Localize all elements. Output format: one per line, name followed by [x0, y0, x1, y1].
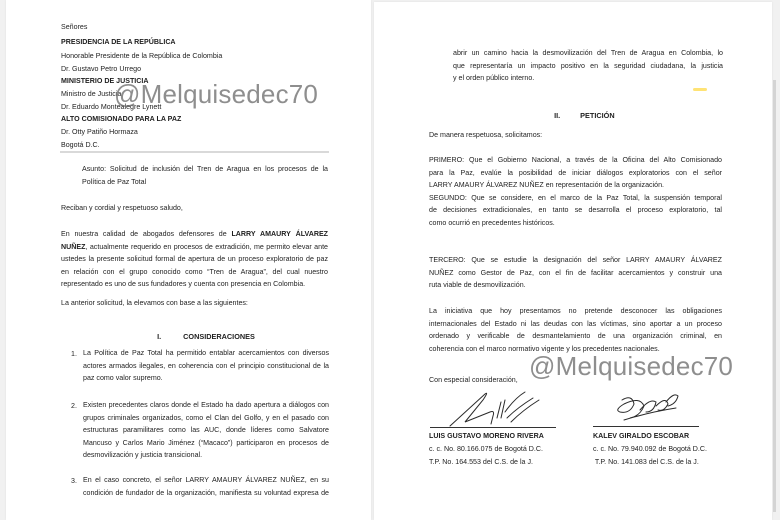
section-number: I.	[157, 332, 161, 341]
paragraph-line: y el orden público interno.	[453, 72, 723, 85]
request-line: TERCERO: Que se estudie la designación d…	[429, 254, 722, 267]
signature-icon	[610, 390, 690, 426]
intro-paragraph: En nuestra calidad de abogados defensore…	[61, 228, 328, 291]
client-name: NUÑEZ	[61, 243, 85, 251]
section-heading-petition: II.PETICIÓN	[550, 102, 615, 120]
request-first: PRIMERO: Que el Gobierno Nacional, a tra…	[429, 154, 722, 230]
intro-line: representado es uno de sus fundadores y …	[61, 278, 328, 291]
list-item-line: paz como valor supremo.	[83, 372, 329, 385]
signature-line	[593, 426, 699, 427]
subject-line: Asunto: Solicitud de inclusión del Tren …	[82, 163, 328, 176]
paragraph-line: abrir un camino hacia la desmovilización…	[453, 47, 723, 60]
request-line: NUÑEZ como Gestor de Paz, con el fin de …	[429, 267, 722, 280]
intro-text: En nuestra calidad de abogados defensore…	[61, 230, 231, 238]
divider	[60, 151, 329, 153]
signatory-professional-card: T.P. No. 141.083 del C.S. de la J.	[593, 456, 699, 469]
intro-line: ustedes la presente solicitud formal de …	[61, 253, 328, 266]
greeting: Señores	[61, 21, 87, 34]
signatory-name: KALEV GIRALDO ESCOBAR	[593, 430, 689, 443]
request-intro: De manera respetuosa, solicitamos:	[429, 129, 542, 142]
list-item-line: En el caso concreto, el señor LARRY AMAU…	[83, 474, 329, 487]
list-item: En el caso concreto, el señor LARRY AMAU…	[83, 474, 329, 499]
salutation: Reciban y cordial y respetuoso saludo,	[61, 202, 183, 215]
continuation-paragraph: abrir un camino hacia la desmovilización…	[453, 47, 723, 85]
request-line: como ocurrió en precedentes históricos.	[429, 217, 722, 230]
paragraph-line: La iniciativa que hoy presentamos no pre…	[429, 305, 722, 318]
section-heading-considerations: I.CONSIDERACIONES	[153, 323, 255, 341]
scrollbar[interactable]	[773, 80, 776, 512]
section-title: PETICIÓN	[580, 111, 614, 120]
paragraph-line: internacionales del Estado ni las deudas…	[429, 318, 722, 331]
client-name: LARRY AMAURY ÁLVAREZ	[231, 230, 328, 238]
sign-off: Con especial consideración,	[429, 374, 518, 387]
signature-icon	[445, 388, 545, 430]
subject: Asunto: Solicitud de inclusión del Tren …	[82, 163, 328, 188]
list-item-line: grupos criminales organizados, como el C…	[83, 412, 329, 425]
list-item-line: Existen precedentes claros donde el Esta…	[83, 399, 329, 412]
section-number: II.	[554, 111, 560, 120]
list-item-line: estructuras paramilitares como las AUC, …	[83, 424, 329, 437]
list-item-line: Mancuso y Carlos Mario Jiménez (“Macaco”…	[83, 437, 329, 450]
signatory-id: c. c. No. 79.940.092 de Bogotá D.C.	[593, 443, 707, 456]
basis-text: La anterior solicitud, la elevamos con b…	[61, 297, 248, 310]
list-number: 2.	[71, 402, 77, 410]
request-line: ruta viable de desmovilización.	[429, 279, 722, 292]
list-item-line: actores armados ilegales, en coherencia …	[83, 360, 329, 373]
intro-line: En nuestra calidad de abogados defensore…	[61, 228, 328, 241]
addressee-person: Dr. Otty Patiño Hormaza	[61, 126, 138, 139]
addressee-role: Ministro de Justicia	[61, 88, 121, 101]
list-item-line: desmovilización y justicia transicional.	[83, 449, 329, 462]
addressee-role: Honorable Presidente de la República de …	[61, 50, 222, 63]
section-title: CONSIDERACIONES	[183, 332, 255, 341]
intro-line: NUÑEZ, actualmente requerido en procesos…	[61, 241, 328, 254]
signature-line	[430, 427, 556, 428]
paragraph-line: que representaría un impacto positivo en…	[453, 60, 723, 73]
addressee-org-presidency: PRESIDENCIA DE LA REPÚBLICA	[61, 36, 176, 49]
signatory-professional-card: T.P. No. 164.553 del C.S. de la J.	[429, 456, 533, 469]
subject-line: Política de Paz Total	[82, 176, 328, 189]
paragraph-line: ordenado y verificable de desmantelamien…	[429, 330, 722, 343]
closing-paragraph: La iniciativa que hoy presentamos no pre…	[429, 305, 722, 355]
addressee-city: Bogotá D.C.	[61, 139, 100, 152]
list-number: 3.	[71, 477, 77, 485]
request-line: de decisiones extradicionales, en tanto …	[429, 204, 722, 217]
intro-text: , actualmente requerido en procesos de e…	[85, 243, 328, 251]
list-number: 1.	[71, 350, 77, 358]
list-item-line: La Política de Paz Total ha permitido en…	[83, 347, 329, 360]
watermark: @Melquisedec70	[114, 79, 318, 110]
addressee-org-peace-commissioner: ALTO COMISIONADO PARA LA PAZ	[61, 113, 181, 126]
addressee-person: Dr. Gustavo Petro Urrego	[61, 63, 141, 76]
signatory-id: c. c. No. 80.166.075 de Bogotá D.C.	[429, 443, 543, 456]
request-line: LARRY AMAURY ÁLVAREZ NUÑEZ en representa…	[429, 179, 722, 192]
request-line: para la Paz, evalúe la posibilidad de in…	[429, 167, 722, 180]
request-line: PRIMERO: Que el Gobierno Nacional, a tra…	[429, 154, 722, 167]
signatory-name: LUIS GUSTAVO MORENO RIVERA	[429, 430, 544, 443]
watermark: @Melquisedec70	[529, 351, 733, 382]
list-item: La Política de Paz Total ha permitido en…	[83, 347, 329, 385]
intro-line: en relación con el grupo conocido como “…	[61, 266, 328, 279]
list-item-line: condición de fundador de la organización…	[83, 487, 329, 500]
list-item: Existen precedentes claros donde el Esta…	[83, 399, 329, 462]
highlight-mark	[693, 88, 707, 91]
request-line: SEGUNDO: Que se considere, en el marco d…	[429, 192, 722, 205]
request-third: TERCERO: Que se estudie la designación d…	[429, 254, 722, 292]
